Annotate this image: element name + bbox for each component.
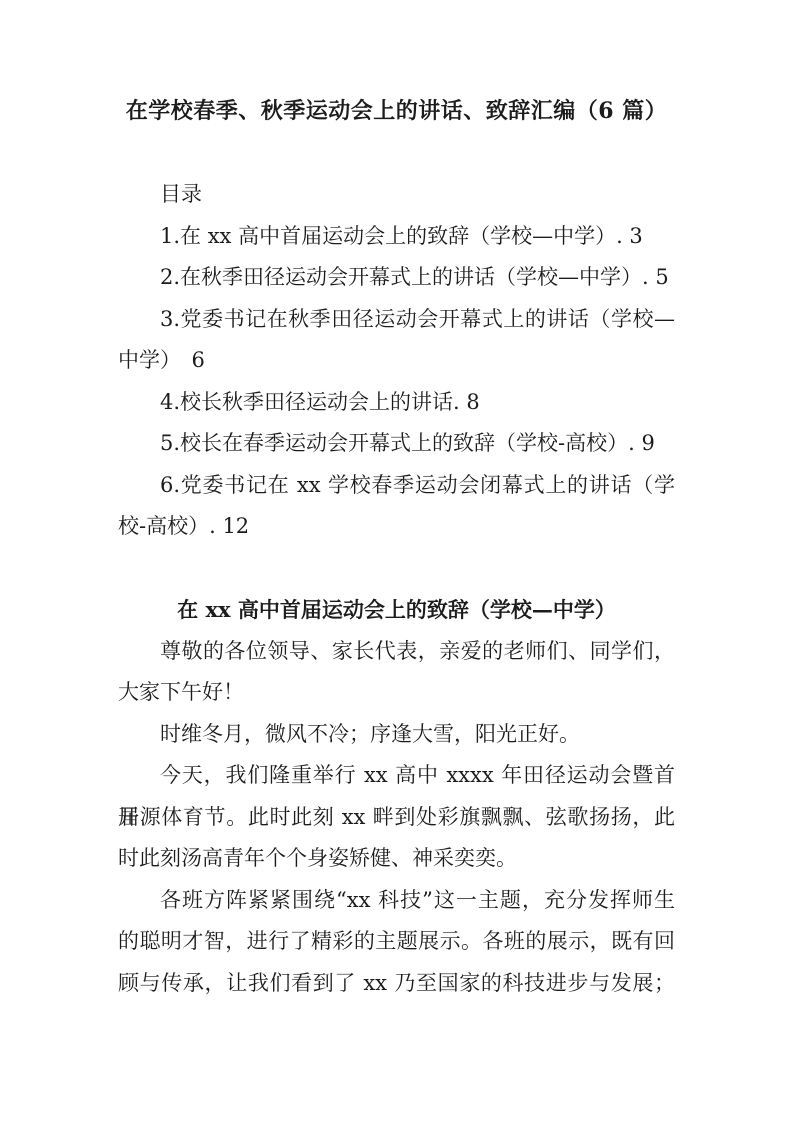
toc-item-6-line-2: 校-高校）. 12 xyxy=(118,506,675,548)
document-body: 在学校春季、秋季运动会上的讲话、致辞汇编（6 篇） 目录 1.在 xx 高中首届… xyxy=(0,0,793,1122)
toc-item-2: 2.在秋季田径运动会开幕式上的讲话（学校—中学）. 5 xyxy=(118,257,675,299)
section-heading: 在 xx 高中首届运动会上的致辞（学校—中学） xyxy=(118,589,675,631)
blank-line xyxy=(118,133,675,175)
paragraph-line: 尊敬的各位领导、家长代表，亲爱的老师们、同学们， xyxy=(118,631,675,673)
toc-item-3-line-2: 中学） 6 xyxy=(118,340,675,382)
paragraph-line: 的聪明才智，进行了精彩的主题展示。各班的展示，既有回 xyxy=(118,921,675,963)
paragraph-4: 各班方阵紧紧围绕“xx 科技”这一主题，充分发挥师生 的聪明才智，进行了精彩的主… xyxy=(118,880,675,1005)
table-of-contents: 目录 1.在 xx 高中首届运动会上的致辞（学校—中学）. 3 2.在秋季田径运… xyxy=(118,174,675,548)
toc-item-4: 4.校长秋季田径运动会上的讲话. 8 xyxy=(118,382,675,424)
paragraph-line: 大家下午好！ xyxy=(118,672,675,714)
blank-line xyxy=(118,548,675,590)
toc-heading: 目录 xyxy=(118,174,675,216)
toc-item-5: 5.校长在春季运动会开幕式上的致辞（学校-高校）. 9 xyxy=(118,423,675,465)
paragraph-1: 尊敬的各位领导、家长代表，亲爱的老师们、同学们， 大家下午好！ xyxy=(118,631,675,714)
toc-item-1: 1.在 xx 高中首届运动会上的致辞（学校—中学）. 3 xyxy=(118,216,675,258)
document-page: 在学校春季、秋季运动会上的讲话、致辞汇编（6 篇） 目录 1.在 xx 高中首届… xyxy=(0,0,793,1122)
paragraph-2: 时维冬月，微风不冷；序逢大雪，阳光正好。 xyxy=(118,714,675,756)
paragraph-line: 时维冬月，微风不冷；序逢大雪，阳光正好。 xyxy=(118,714,675,756)
toc-item-6-line-1: 6.党委书记在 xx 学校春季运动会闭幕式上的讲话（学 xyxy=(118,465,675,507)
paragraph-line: 顾与传承，让我们看到了 xx 乃至国家的科技进步与发展； xyxy=(118,963,675,1005)
document-title: 在学校春季、秋季运动会上的讲话、致辞汇编（6 篇） xyxy=(118,91,675,133)
paragraph-line: 开源体育节。此时此刻 xx 畔到处彩旗飘飘、弦歌扬扬，此 xyxy=(118,797,675,839)
toc-item-3-line-1: 3.党委书记在秋季田径运动会开幕式上的讲话（学校— xyxy=(118,299,675,341)
paragraph-line: 今天，我们隆重举行 xx 高中 xxxx 年田径运动会暨首届 xyxy=(118,755,675,797)
section-speech-1: 在 xx 高中首届运动会上的致辞（学校—中学） 尊敬的各位领导、家长代表，亲爱的… xyxy=(118,589,675,1004)
paragraph-3: 今天，我们隆重举行 xx 高中 xxxx 年田径运动会暨首届 开源体育节。此时此… xyxy=(118,755,675,880)
paragraph-line: 各班方阵紧紧围绕“xx 科技”这一主题，充分发挥师生 xyxy=(118,880,675,922)
paragraph-line: 时此刻汤高青年个个身姿矫健、神采奕奕。 xyxy=(118,838,675,880)
